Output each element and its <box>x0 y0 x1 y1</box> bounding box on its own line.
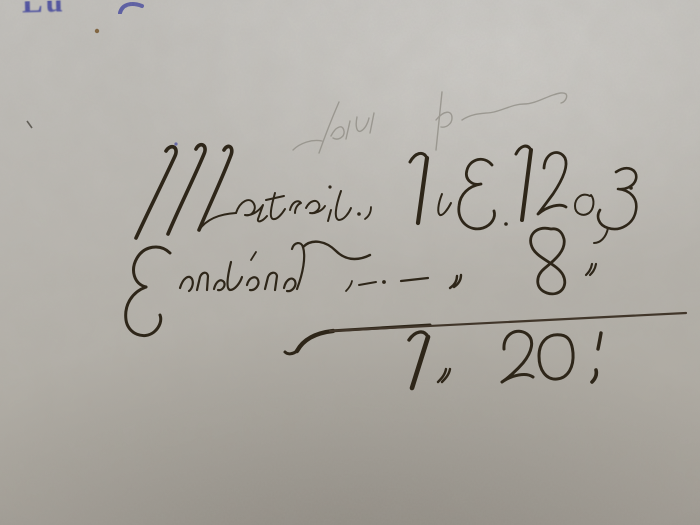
paper-grain <box>0 0 700 525</box>
period-dot <box>504 222 508 226</box>
i-dot <box>328 185 331 188</box>
period-dot <box>357 212 361 216</box>
paper-texture-and-handwriting <box>0 0 700 525</box>
blue-ink-dot <box>174 142 177 145</box>
period-dot <box>629 186 633 190</box>
manuscript-photo: faint pencil inscription (illegible) Mat… <box>0 0 700 525</box>
brown-speck <box>95 29 99 33</box>
